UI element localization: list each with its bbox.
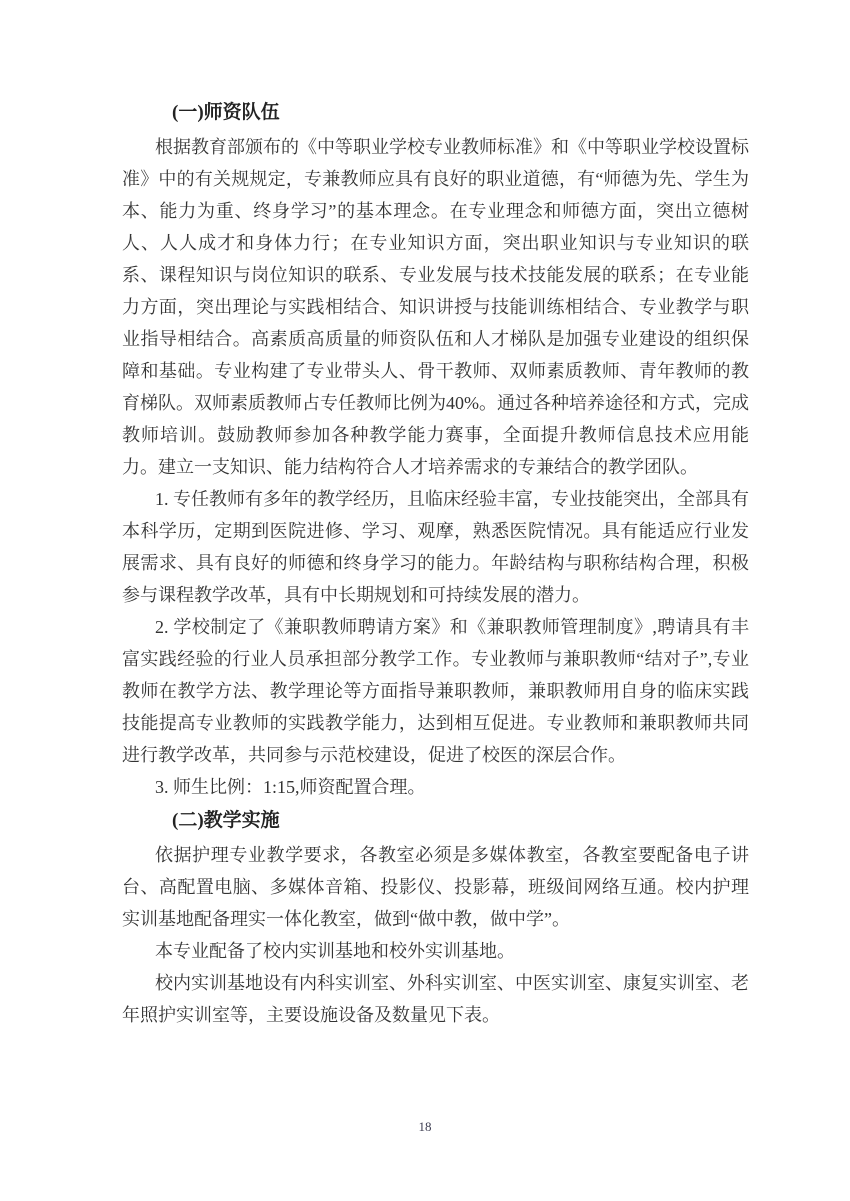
document-body: (一)师资队伍根据教育部颁布的《中等职业学校专业教师标准》和《中等职业学校设置标… <box>122 95 749 1031</box>
paragraph: 1. 专任教师有多年的教学经历，且临床经验丰富，专业技能突出，全部具有本科学历，… <box>122 483 749 611</box>
section-heading: (二)教学实施 <box>122 805 749 837</box>
paragraph: 根据教育部颁布的《中等职业学校专业教师标准》和《中等职业学校设置标准》中的有关规… <box>122 131 749 483</box>
paragraph: 校内实训基地设有内科实训室、外科实训室、中医实训室、康复实训室、老年照护实训室等… <box>122 967 749 1031</box>
section-heading: (一)师资队伍 <box>122 97 749 129</box>
paragraph: 2. 学校制定了《兼职教师聘请方案》和《兼职教师管理制度》,聘请具有丰富实践经验… <box>122 611 749 771</box>
page-number: 18 <box>0 1119 850 1135</box>
paragraph: 3. 师生比例：1:15,师资配置合理。 <box>122 771 749 803</box>
paragraph: 本专业配备了校内实训基地和校外实训基地。 <box>122 935 749 967</box>
document-page: (一)师资队伍根据教育部颁布的《中等职业学校专业教师标准》和《中等职业学校设置标… <box>0 0 850 1201</box>
paragraph: 依据护理专业教学要求，各教室必须是多媒体教室，各教室要配备电子讲台、高配置电脑、… <box>122 839 749 935</box>
